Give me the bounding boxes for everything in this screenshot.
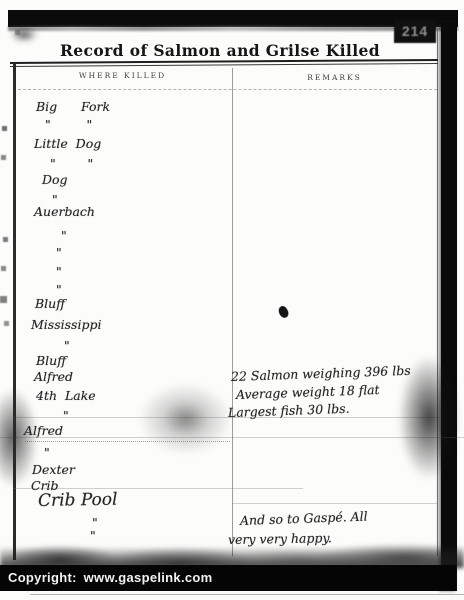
where-killed-entry: Dog (42, 172, 68, 187)
where-killed-entry: Bluff (36, 353, 66, 368)
header-double-rule-bottom (10, 63, 438, 67)
ruled-line (232, 503, 437, 504)
where-killed-entry: Dexter (32, 462, 75, 477)
copyright-text: Copyright: www.gaspelink.com (8, 570, 213, 585)
smudge-bottom-band (0, 537, 464, 568)
scan-top-band-fade (8, 26, 458, 31)
where-killed-entry: " (44, 445, 50, 460)
where-killed-entry: " " (45, 117, 92, 132)
smudge-center (138, 383, 233, 455)
ruled-line (0, 437, 464, 438)
where-killed-entry: " (56, 245, 62, 260)
smudge-top-left (10, 27, 38, 42)
where-killed-entry: Mississippi (31, 317, 101, 332)
where-killed-entry: 4th Lake (36, 388, 96, 403)
where-killed-entry: Crib Pool (38, 490, 118, 511)
where-killed-entry: " (56, 264, 62, 279)
remark-entry: And so to Gaspé. All (240, 509, 368, 528)
scanned-ledger-page: 214 Record of Salmon and Grilse Killed W… (0, 0, 464, 600)
where-killed-entry: Alfred (34, 369, 73, 384)
scan-top-black-band (8, 10, 458, 27)
scan-right-black-band (441, 22, 457, 591)
page-title: Record of Salmon and Grilse Killed (0, 41, 440, 60)
column-header-remarks: REMARKS (232, 73, 437, 82)
where-killed-entry: Auerbach (34, 204, 95, 219)
where-killed-entry: " (61, 228, 67, 243)
ink-blot (276, 305, 290, 320)
column-divider (232, 68, 233, 556)
where-killed-entry: " (56, 282, 62, 297)
where-killed-entry: " (64, 338, 70, 353)
remark-entry: 22 Salmon weighing 396 lbs (231, 363, 411, 384)
bottom-hairline (30, 594, 464, 595)
where-killed-entry: Little Dog (34, 136, 101, 151)
remark-entry: Average weight 18 flat (236, 382, 380, 402)
copyright-bar: Copyright: www.gaspelink.com (0, 565, 456, 591)
page-number: 214 (394, 20, 436, 43)
column-header-where-killed: WHERE KILLED (13, 71, 232, 80)
header-underline (13, 89, 437, 90)
where-killed-entry: " " (50, 156, 93, 171)
where-killed-entry: " (63, 408, 69, 423)
smudge-right-edge (398, 355, 460, 480)
where-killed-entry: Big Fork (36, 99, 110, 114)
scan-specks (0, 0, 3, 3)
where-killed-entry: Bluff (35, 296, 65, 311)
